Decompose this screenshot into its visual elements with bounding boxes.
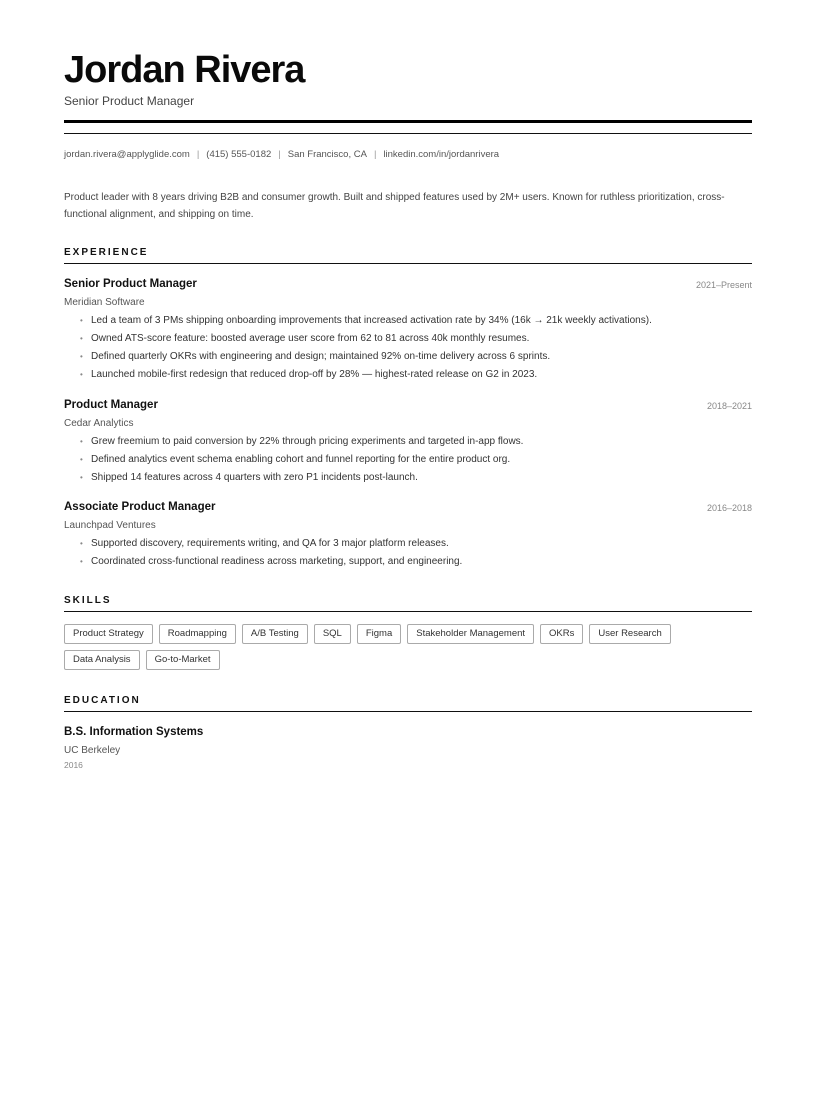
education-year: 2016 — [64, 760, 203, 771]
job-dates: 2016–2018 — [707, 502, 752, 514]
section-rule-education — [64, 711, 752, 712]
job-bullet: Owned ATS-score feature: boosted average… — [80, 333, 752, 345]
skills-list: Product Strategy Roadmapping A/B Testing… — [64, 624, 752, 670]
skill-chip: A/B Testing — [242, 624, 308, 644]
job-company: Meridian Software — [64, 296, 752, 309]
skill-chip: Roadmapping — [159, 624, 236, 644]
job-bullets: Supported discovery, requirements writin… — [64, 538, 752, 568]
job-bullet: Led a team of 3 PMs shipping onboarding … — [80, 315, 752, 327]
section-rule-experience — [64, 263, 752, 264]
contact-line: jordan.rivera@applyglide.com|(415) 555-0… — [64, 149, 499, 161]
experience-entry: Senior Product Manager 2021–Present Meri… — [64, 277, 752, 387]
skill-chip: OKRs — [540, 624, 583, 644]
summary-paragraph: Product leader with 8 years driving B2B … — [64, 189, 752, 223]
job-bullet: Defined analytics event schema enabling … — [80, 454, 752, 466]
contact-linkedin[interactable]: linkedin.com/in/jordanrivera — [383, 149, 499, 160]
job-title: Product Manager — [64, 398, 752, 412]
section-title-skills: SKILLS — [64, 595, 112, 607]
job-bullets: Led a team of 3 PMs shipping onboarding … — [64, 315, 752, 381]
education-school: UC Berkeley — [64, 744, 203, 757]
job-dates: 2018–2021 — [707, 400, 752, 412]
job-bullet: Defined quarterly OKRs with engineering … — [80, 351, 752, 363]
experience-entry: Product Manager 2018–2021 Cedar Analytic… — [64, 398, 752, 490]
skill-chip: SQL — [314, 624, 351, 644]
skill-chip: Figma — [357, 624, 401, 644]
education-entry: B.S. Information Systems UC Berkeley 201… — [64, 725, 203, 771]
job-title: Senior Product Manager — [64, 277, 752, 291]
skill-chip: Go-to-Market — [146, 650, 220, 670]
contact-phone[interactable]: (415) 555-0182 — [206, 149, 271, 160]
section-rule-skills — [64, 611, 752, 612]
education-degree: B.S. Information Systems — [64, 725, 203, 739]
section-title-education: EDUCATION — [64, 695, 141, 707]
job-bullet: Supported discovery, requirements writin… — [80, 538, 752, 550]
skill-chip: Product Strategy — [64, 624, 153, 644]
section-title-experience: EXPERIENCE — [64, 247, 148, 259]
skill-chip: User Research — [589, 624, 670, 644]
header-rule-thin — [64, 133, 752, 134]
contact-location: San Francisco, CA — [288, 149, 367, 160]
skill-chip: Stakeholder Management — [407, 624, 534, 644]
job-bullets: Grew freemium to paid conversion by 22% … — [64, 436, 752, 484]
job-title: Associate Product Manager — [64, 500, 752, 514]
candidate-name: Jordan Rivera — [64, 48, 304, 92]
header-rule-thick — [64, 120, 752, 123]
job-company: Cedar Analytics — [64, 417, 752, 430]
contact-separator: | — [197, 149, 199, 160]
job-bullet: Coordinated cross-functional readiness a… — [80, 556, 752, 568]
job-company: Launchpad Ventures — [64, 519, 752, 532]
candidate-headline: Senior Product Manager — [64, 93, 194, 109]
contact-separator: | — [278, 149, 280, 160]
job-bullet: Launched mobile-first redesign that redu… — [80, 369, 752, 381]
contact-email[interactable]: jordan.rivera@applyglide.com — [64, 149, 190, 160]
job-bullet: Shipped 14 features across 4 quarters wi… — [80, 472, 752, 484]
job-dates: 2021–Present — [696, 279, 752, 291]
experience-entry: Associate Product Manager 2016–2018 Laun… — [64, 500, 752, 574]
skill-chip: Data Analysis — [64, 650, 140, 670]
job-bullet: Grew freemium to paid conversion by 22% … — [80, 436, 752, 448]
contact-separator: | — [374, 149, 376, 160]
